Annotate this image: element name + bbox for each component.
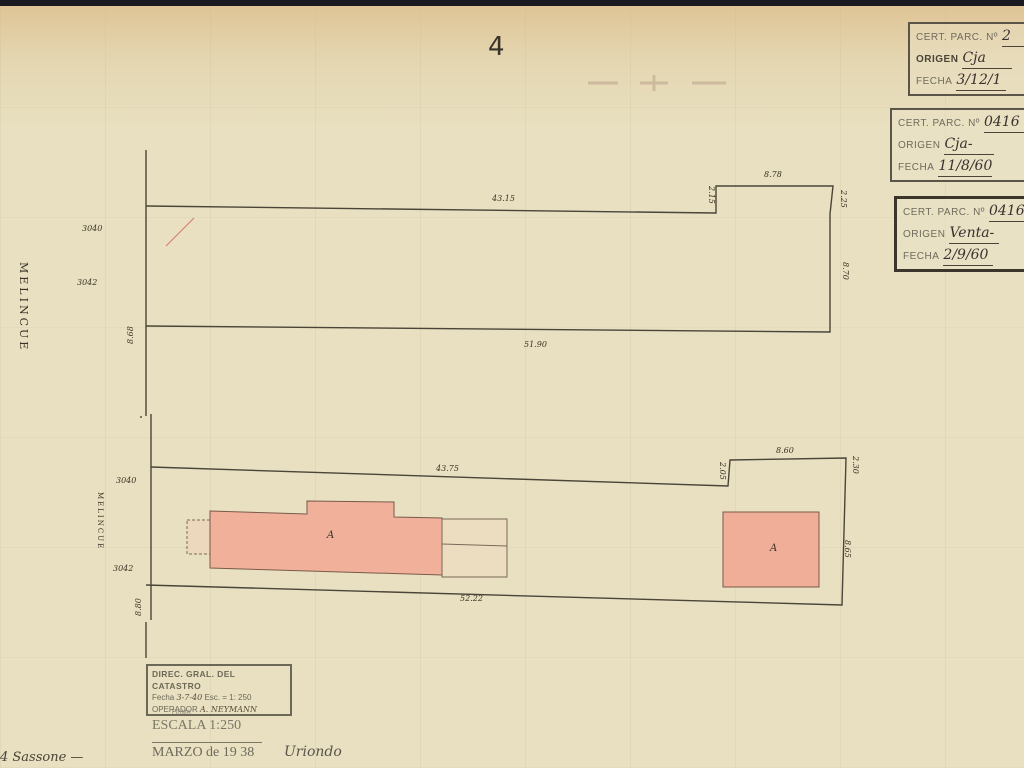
top-arrow-marks <box>588 75 726 91</box>
upper-right-small: 2.25 <box>839 190 848 208</box>
lower-right-small: 2.30 <box>851 456 860 474</box>
upper-top-right: 8.78 <box>764 170 782 179</box>
upper-front-bottom: 3042 <box>77 278 97 287</box>
lower-front-bottom: 3042 <box>113 564 133 573</box>
upper-right-side: 8.70 <box>841 262 850 280</box>
stamp-cert-3: CERT. PARC. Nº0416 ORIGENVenta- FECHA2/9… <box>894 196 1024 272</box>
catastro-stamp: DIREC. GRAL. DEL CATASTRO Fecha 3-7-40 E… <box>146 664 292 716</box>
street-label-lower: MELINCUE <box>96 492 104 550</box>
upper-step: 2.15 <box>707 186 716 204</box>
sheet-number: 4 <box>488 32 505 62</box>
upper-depth-top: 43.15 <box>492 194 515 203</box>
building-1 <box>187 501 507 577</box>
signature-left: 4 Sassone — <box>0 750 83 765</box>
lower-depth-top: 43.75 <box>436 464 459 473</box>
lower-bottom: 52.22 <box>460 594 483 603</box>
lower-top-right: 8.60 <box>776 446 794 455</box>
lower-step: 2.05 <box>718 462 727 480</box>
firma-label: FIRMA <box>172 710 191 716</box>
upper-plot <box>141 150 833 418</box>
lower-right-side: 8.65 <box>843 540 852 558</box>
signature-right: Uriondo <box>284 744 342 760</box>
plan-date: MARZO de 19 38 <box>152 742 262 761</box>
lower-left-side: 8.80 <box>134 598 143 616</box>
plot-plan-drawing <box>0 0 1024 768</box>
red-mark <box>166 218 194 246</box>
lower-front-top: 3040 <box>116 476 136 485</box>
building-1-label: A <box>327 530 334 541</box>
upper-front-top: 3040 <box>82 224 102 233</box>
street-label-upper: MELINCUE <box>17 262 30 352</box>
stamp-cert-2: CERT. PARC. Nº0416 ORIGENCja- FECHA11/8/… <box>890 108 1024 182</box>
building-2-label: A <box>770 543 777 554</box>
upper-left-side: 8.68 <box>126 326 135 344</box>
upper-bottom: 51.90 <box>524 340 547 349</box>
stamp-cert-1: CERT. PARC. Nº2 ORIGENCja FECHA3/12/1 <box>908 22 1024 96</box>
scale-label: ESCALA 1:250 <box>152 718 241 734</box>
